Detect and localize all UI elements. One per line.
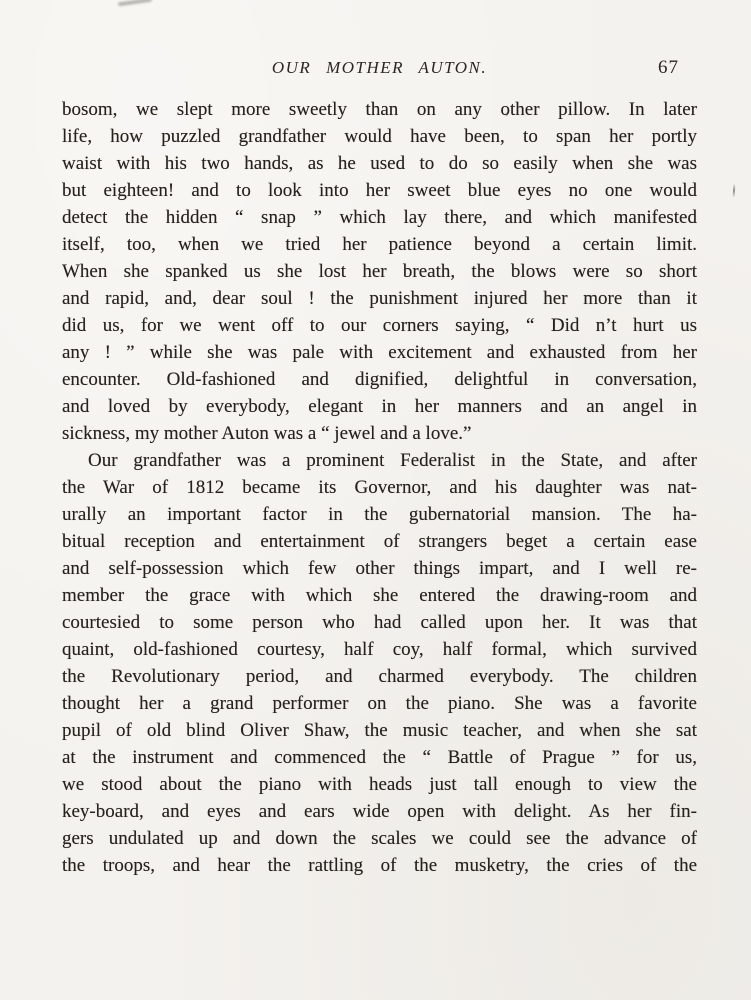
text-line: bitual reception and entertainment of st… bbox=[62, 528, 697, 555]
text-line: pupil of old blind Oliver Shaw, the musi… bbox=[62, 717, 697, 744]
book-page: OUR MOTHER AUTON. 67 bosom, we slept mor… bbox=[0, 0, 751, 1000]
text-line: When she spanked us she lost her breath,… bbox=[62, 258, 697, 285]
text-line: member the grace with which she entered … bbox=[62, 582, 697, 609]
text-line: and self-possession which few other thin… bbox=[62, 555, 697, 582]
text-line: key-board, and eyes and ears wide open w… bbox=[62, 798, 697, 825]
text-line: but eighteen! and to look into her sweet… bbox=[62, 177, 697, 204]
text-line: the Revolutionary period, and charmed ev… bbox=[62, 663, 697, 690]
text-line: bosom, we slept more sweetly than on any… bbox=[62, 96, 697, 123]
text-line: thought her a grand performer on the pia… bbox=[62, 690, 697, 717]
text-line: urally an important factor in the gubern… bbox=[62, 501, 697, 528]
text-line: and loved by everybody, elegant in her m… bbox=[62, 393, 697, 420]
text-line: quaint, old-fashioned courtesy, half coy… bbox=[62, 636, 697, 663]
scan-artifact-tick bbox=[733, 184, 736, 197]
running-header: OUR MOTHER AUTON. 67 bbox=[62, 58, 697, 84]
text-line: itself, too, when we tried her patience … bbox=[62, 231, 697, 258]
text-line: the War of 1812 became its Governor, and… bbox=[62, 474, 697, 501]
page-body: bosom, we slept more sweetly than on any… bbox=[62, 96, 697, 879]
scan-artifact-smudge bbox=[118, 0, 152, 6]
text-line: at the instrument and commenced the “ Ba… bbox=[62, 744, 697, 771]
text-line: courtesied to some person who had called… bbox=[62, 609, 697, 636]
text-line: encounter. Old-fashioned and dignified, … bbox=[62, 366, 697, 393]
paragraph: bosom, we slept more sweetly than on any… bbox=[62, 96, 697, 447]
text-line: sickness, my mother Auton was a “ jewel … bbox=[62, 420, 697, 447]
paragraph: Our grandfather was a prominent Federali… bbox=[62, 447, 697, 879]
text-line: we stood about the piano with heads just… bbox=[62, 771, 697, 798]
text-line: and rapid, and, dear soul ! the punishme… bbox=[62, 285, 697, 312]
text-line: Our grandfather was a prominent Federali… bbox=[62, 447, 697, 474]
text-line: gers undulated up and down the scales we… bbox=[62, 825, 697, 852]
text-line: did us, for we went off to our corners s… bbox=[62, 312, 697, 339]
page-header-title: OUR MOTHER AUTON. bbox=[62, 58, 697, 78]
text-line: the troops, and hear the rattling of the… bbox=[62, 852, 697, 879]
page-number: 67 bbox=[658, 57, 679, 79]
text-line: detect the hidden “ snap ” which lay the… bbox=[62, 204, 697, 231]
text-line: any ! ” while she was pale with exciteme… bbox=[62, 339, 697, 366]
text-line: life, how puzzled grandfather would have… bbox=[62, 123, 697, 150]
text-line: waist with his two hands, as he used to … bbox=[62, 150, 697, 177]
